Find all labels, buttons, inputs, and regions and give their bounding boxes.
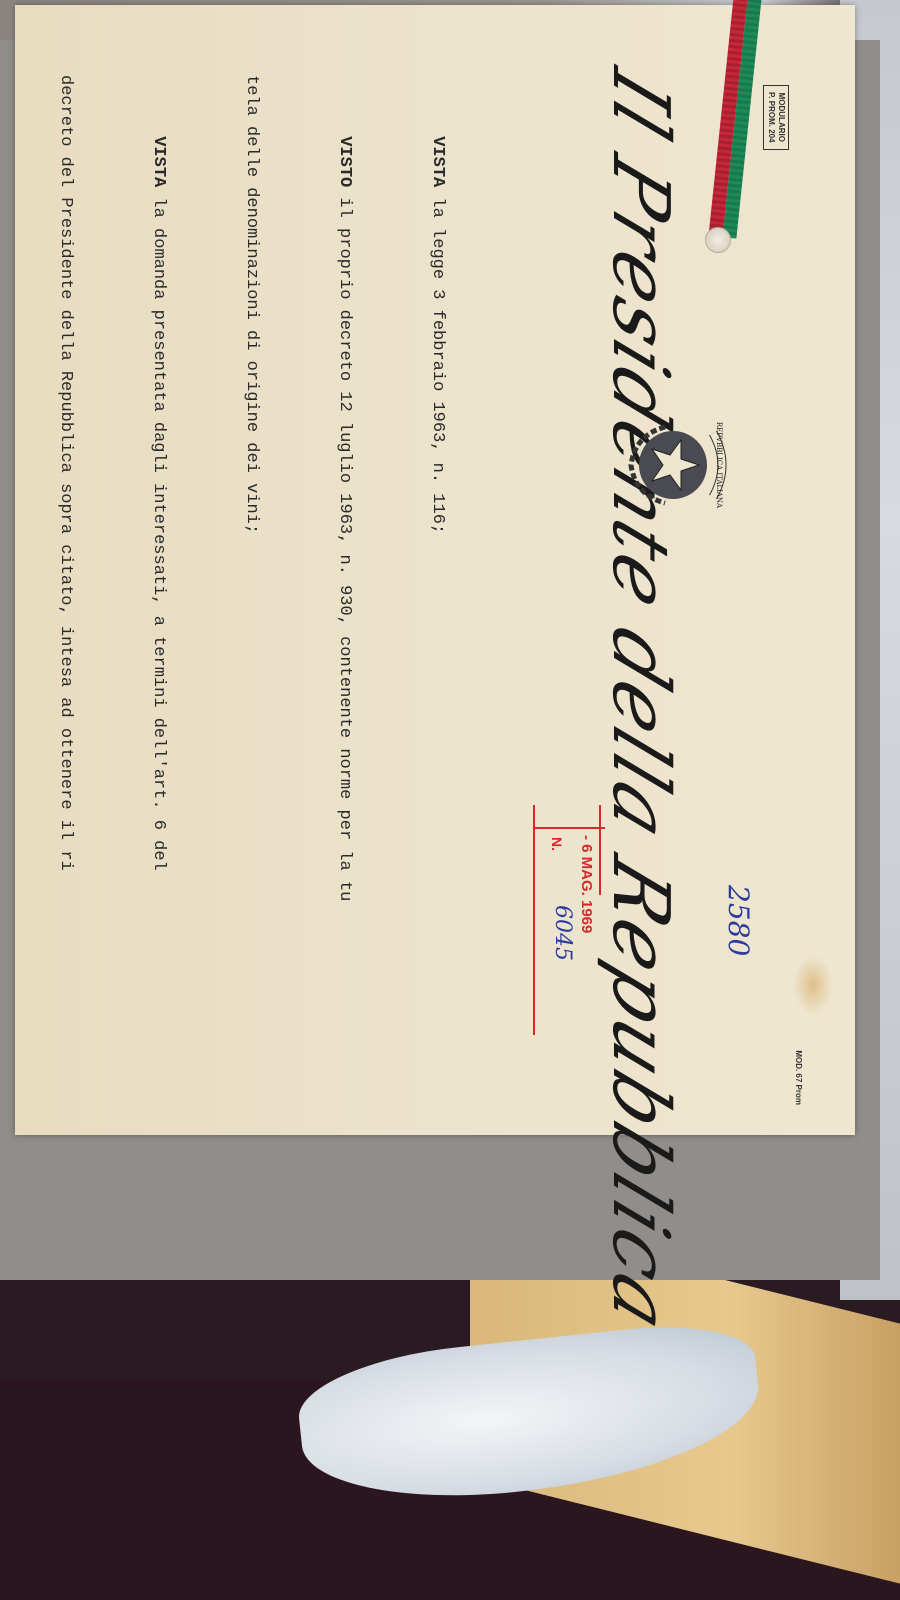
- stamp-number: 6045: [550, 905, 575, 961]
- decree-document: MODULARIO P. PROM. 204 MOD. 67 Prom Il P…: [15, 5, 855, 1135]
- paragraph-line: tela delle denominazioni di origine dei …: [236, 75, 267, 1075]
- decree-body: VISTA la legge 3 febbraio 1963, n. 116; …: [0, 75, 515, 1075]
- handwritten-number: 2580: [722, 885, 755, 956]
- tricolor-ribbon: [708, 0, 763, 239]
- emblem-scroll-text: REPVBBLICA ITALIANA: [715, 422, 723, 509]
- paper-stain: [793, 955, 833, 1015]
- form-code-line: P. PROM. 204: [766, 92, 776, 143]
- stamp-border: [535, 827, 605, 829]
- model-code: MOD. 67 Prom: [794, 1050, 803, 1105]
- form-code-box: MODULARIO P. PROM. 204: [763, 85, 789, 150]
- ribbon-grommet: [705, 227, 731, 253]
- stamp-border: [599, 805, 601, 895]
- stamp-underline: [533, 805, 535, 1035]
- stamp-number-label: N.: [549, 837, 565, 851]
- document-heading: Il Presidente della Repubblica: [595, 57, 685, 1346]
- emblem-of-italy-icon: REPVBBLICA ITALIANA: [615, 405, 735, 525]
- form-code-line: MODULARIO: [776, 92, 786, 143]
- paragraph-line: decreto del Presidente della Repubblica …: [50, 75, 81, 1075]
- stamp-date: - 6 MAG. 1969: [578, 835, 595, 933]
- paragraph: VISTA la legge 3 febbraio 1963, n. 116;: [422, 75, 453, 1075]
- paragraph: VISTA la domanda presentata dagli intere…: [143, 75, 174, 1075]
- paragraph: VISTO il proprio decreto 12 luglio 1963,…: [329, 75, 360, 1075]
